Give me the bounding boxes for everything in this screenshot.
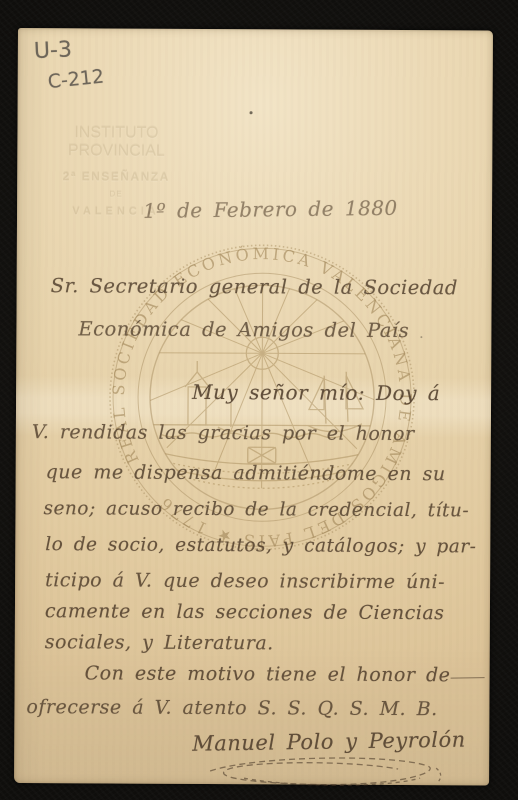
letter-line: camente en las secciones de Ciencias bbox=[45, 600, 445, 624]
letter-line: ofrecerse á V. atento S. S. Q. S. M. B. bbox=[26, 696, 437, 720]
letter-paper: U-3 C-212 INSTITUTO PROVINCIAL 2ª ENSEÑA… bbox=[14, 28, 493, 785]
letter-line: seno; acuso recibo de la credencial, tít… bbox=[43, 498, 469, 521]
seal-sun-rays bbox=[127, 234, 398, 489]
letter-line: lo de socio, estatutos, y catálogos; y p… bbox=[45, 534, 476, 557]
salutation-line-1: Sr. Secretario general de la Sociedad bbox=[51, 274, 458, 299]
signature-flourish bbox=[196, 751, 448, 800]
letter-line: ticipo á V. que deseo inscribirme úni- bbox=[45, 569, 445, 593]
seal-sun bbox=[246, 337, 278, 369]
letter-line: sociales, y Literatura. bbox=[45, 631, 274, 654]
salutation-line-2: Económica de Amigos del País bbox=[78, 317, 409, 342]
date-line: 1º de Febrero de 1880 bbox=[143, 196, 398, 223]
letterhead-line-2: 2ª ENSEÑANZA bbox=[27, 169, 205, 184]
scanned-letter-page: { "colors": { "background": "#0f0e0c", "… bbox=[0, 0, 518, 800]
letter-line: Muy señor mío: Doy á bbox=[192, 380, 440, 405]
letter-line: Con este motivo tiene el honor de bbox=[85, 662, 451, 686]
paper-speck bbox=[420, 336, 422, 338]
letterhead-line-1: INSTITUTO PROVINCIAL bbox=[27, 124, 205, 161]
seal-scene bbox=[127, 234, 398, 489]
line-filler-stroke bbox=[451, 677, 485, 678]
letter-line: que me dispensa admitiéndome en su bbox=[46, 461, 446, 485]
archival-mark-1: U-3 bbox=[33, 37, 72, 64]
paper-speck bbox=[250, 111, 253, 114]
letter-line: V. rendidas las gracias por el honor bbox=[32, 421, 415, 445]
archival-mark-2: C-212 bbox=[47, 66, 105, 93]
